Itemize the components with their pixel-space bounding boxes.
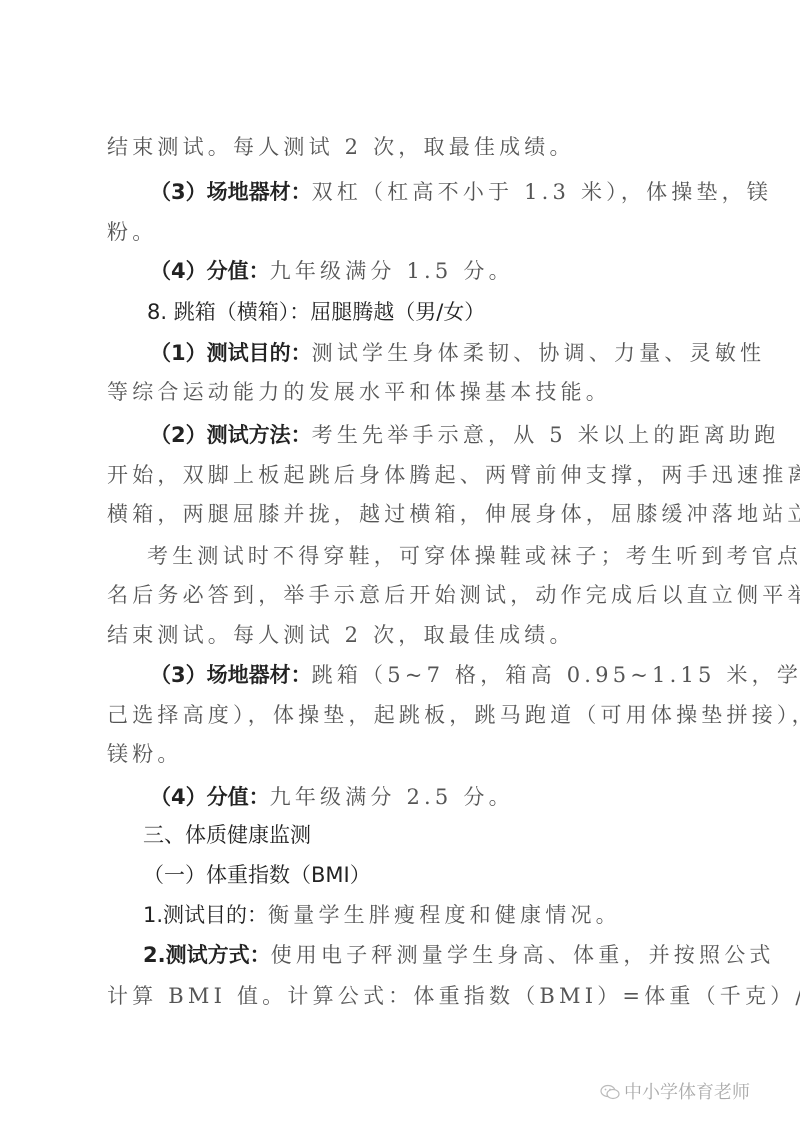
paragraph-line: 己选择高度），体操垫，起跳板，跳马跑道（可用体操垫拼接）， (107, 700, 697, 730)
line-text: 九年级满分 1.5 分。 (270, 259, 514, 283)
line-text: 计算 BMI 值。计算公式：体重指数（BMI）=体重（千克）/身 (107, 984, 800, 1008)
paragraph-line: 粉。 (107, 217, 697, 247)
line-text: 使用电子秤测量学生身高、体重，并按照公式 (271, 943, 775, 967)
line-text: 考生测试时不得穿鞋，可穿体操鞋或袜子；考生听到考官点 (147, 544, 800, 568)
method-line: （2）测试方法：考生先举手示意，从 5 米以上的距离助跑 (150, 420, 697, 450)
label-method: 2.测试方式： (143, 943, 271, 967)
label-purpose: 1.测试目的： (143, 903, 268, 927)
line-text: 跳箱（5~7 格，箱高 0.95~1.15 米，学生自 (312, 663, 800, 687)
paragraph-line: 横箱，两腿屈膝并拢，越过横箱，伸展身体，屈膝缓冲落地站立。 (107, 499, 697, 529)
watermark-text: 中小学体育老师 (624, 1082, 750, 1103)
line-text: 名后务必答到，举手示意后开始测试，动作完成后以直立侧平举 (107, 583, 800, 607)
heading-vault: 8. 跳箱（横箱）：屈腿腾越（男/女） (147, 300, 485, 324)
equipment-line: （3）场地器材：跳箱（5~7 格，箱高 0.95~1.15 米，学生自 (150, 660, 697, 690)
score-line: （4）分值：九年级满分 1.5 分。 (150, 256, 697, 286)
line-text: 测试学生身体柔韧、协调、力量、灵敏性 (312, 341, 766, 365)
line-text: 横箱，两腿屈膝并拢，越过横箱，伸展身体，屈膝缓冲落地站立。 (107, 502, 800, 526)
subsection-heading: （一）体重指数（BMI） (143, 860, 733, 890)
section-heading: 三、体质健康监测 (143, 820, 733, 850)
label-score: （4）分值： (150, 259, 270, 283)
line-text: 等综合运动能力的发展水平和体操基本技能。 (107, 380, 611, 404)
line-text: 结束测试。每人测试 2 次，取最佳成绩。 (107, 623, 575, 647)
label-method: （2）测试方法： (150, 423, 312, 447)
line-text: 粉。 (107, 220, 157, 244)
label-score: （4）分值： (150, 785, 270, 809)
score-line: （4）分值：九年级满分 2.5 分。 (150, 782, 697, 812)
label-purpose: （1）测试目的： (150, 341, 312, 365)
paragraph-line: 考生测试时不得穿鞋，可穿体操鞋或袜子；考生听到考官点 (147, 541, 737, 571)
paragraph-line: 开始，双脚上板起跳后身体腾起、两臂前伸支撑，两手迅速推离 (107, 460, 697, 490)
line-text: 衡量学生胖瘦程度和健康情况。 (268, 903, 621, 927)
equipment-line: （3）场地器材：双杠（杠高不小于 1.3 米），体操垫，镁 (150, 177, 697, 207)
wechat-icon (600, 1084, 620, 1100)
document-page: 结束测试。每人测试 2 次，取最佳成绩。 （3）场地器材：双杠（杠高不小于 1.… (0, 0, 800, 1131)
label-equipment: （3）场地器材： (150, 180, 312, 204)
line-text: 镁粉。 (107, 742, 183, 766)
paragraph-line: 结束测试。每人测试 2 次，取最佳成绩。 (107, 620, 697, 650)
heading-health-monitoring: 三、体质健康监测 (143, 823, 311, 847)
line-text: 双杠（杠高不小于 1.3 米），体操垫，镁 (312, 180, 772, 204)
line-text: 考生先举手示意，从 5 米以上的距离助跑 (312, 423, 780, 447)
paragraph-line: 结束测试。每人测试 2 次，取最佳成绩。 (107, 132, 697, 162)
purpose-line: 1.测试目的：衡量学生胖瘦程度和健康情况。 (143, 900, 733, 930)
paragraph-line: 镁粉。 (107, 739, 697, 769)
heading-bmi: （一）体重指数（BMI） (143, 863, 371, 887)
paragraph-line: 计算 BMI 值。计算公式：体重指数（BMI）=体重（千克）/身 (107, 981, 697, 1011)
line-text: 开始，双脚上板起跳后身体腾起、两臂前伸支撑，两手迅速推离 (107, 463, 800, 487)
line-text: 结束测试。每人测试 2 次，取最佳成绩。 (107, 135, 575, 159)
line-text: 九年级满分 2.5 分。 (270, 785, 514, 809)
paragraph-line: 等综合运动能力的发展水平和体操基本技能。 (107, 377, 697, 407)
label-equipment: （3）场地器材： (150, 663, 312, 687)
paragraph-line: 名后务必答到，举手示意后开始测试，动作完成后以直立侧平举 (107, 580, 697, 610)
watermark: 中小学体育老师 (600, 1078, 750, 1104)
purpose-line: （1）测试目的：测试学生身体柔韧、协调、力量、灵敏性 (150, 338, 697, 368)
line-text: 己选择高度），体操垫，起跳板，跳马跑道（可用体操垫拼接）， (107, 703, 800, 727)
section-heading: 8. 跳箱（横箱）：屈腿腾越（男/女） (147, 297, 737, 327)
method-line: 2.测试方式：使用电子秤测量学生身高、体重，并按照公式 (143, 940, 733, 970)
